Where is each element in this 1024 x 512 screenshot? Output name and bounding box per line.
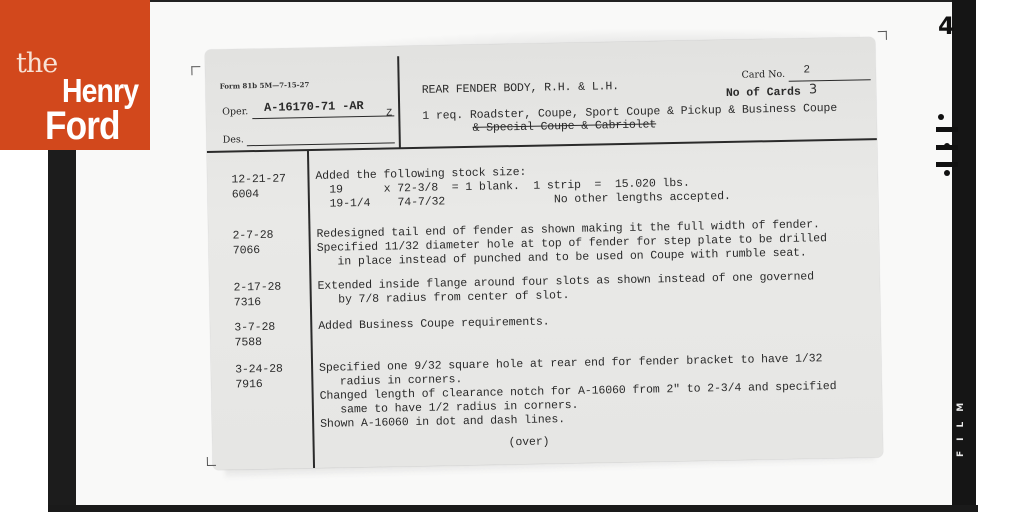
card-no-value: 2 [803,64,810,76]
entry-date: 3-24-28 [235,363,283,377]
entry-text-line: Specified one 9/32 square hole at rear e… [319,352,822,375]
over-note: (over) [508,435,549,449]
part-name: REAR FENDER BODY, R.H. & L.H. [422,80,619,97]
card-no-label: Card No. [741,69,785,81]
film-registration-marks-icon [934,112,958,182]
form-number: Form 81b 5M—7-15-27 [220,80,310,91]
entry-text-line: Added Business Coupe requirements. [318,315,549,332]
no-of-cards-label: No of Cards [726,86,801,100]
entry-text-line: radius in corners. [319,373,462,389]
oper-value: A-16170-71 -AR [264,99,364,115]
oper-code: Z [386,108,392,119]
entry-change-number: 7066 [233,244,260,258]
requirement-line-2: & Special Coupe & Cabriolet [472,118,656,135]
frame-number: 4 [938,12,955,40]
film-edge-label: FILM [956,350,972,500]
oper-label: Oper. [222,106,248,117]
entry-date: 3-7-28 [234,321,275,335]
the-henry-ford-logo: the Henry Ford [0,0,150,150]
entry-change-number: 7588 [235,336,262,350]
entry-change-number: 7316 [234,296,261,310]
logo-text-ford: Ford [45,104,120,149]
crop-mark [207,457,216,466]
no-of-cards-value: 3 [809,82,818,97]
des-label: Des. [223,134,244,145]
film-bottom-edge [48,505,978,512]
entry-date: 2-7-28 [232,229,273,243]
entry-date: 2-17-28 [233,281,281,295]
entry-date: 12-21-27 [231,172,286,186]
entry-change-number: 6004 [232,188,259,202]
entry-change-number: 7916 [235,378,262,392]
crop-mark [878,31,887,40]
film-top-edge [150,0,955,2]
crop-mark [191,66,200,75]
logo-text-the: the [16,48,57,79]
engineering-record-card: Form 81b 5M—7-15-27 Oper. A-16170-71 -AR… [205,37,883,470]
